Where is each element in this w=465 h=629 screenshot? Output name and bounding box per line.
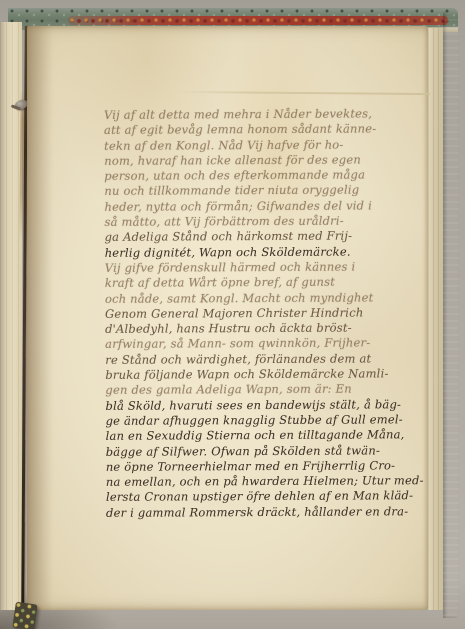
manuscript-line: arfwingar, så Mann- som qwinnkön, Frijhe… xyxy=(105,336,429,353)
cover-edge-texture xyxy=(443,12,459,618)
manuscript-line: gen des gamla Adeliga Wapn, som är: En xyxy=(105,381,429,398)
manuscript-line: kraft af detta Wårt öpne bref, af gunst xyxy=(105,274,429,291)
manuscript-line: heder, nytta och förmån; Gifwandes del v… xyxy=(104,198,428,215)
manuscript-line: d'Albedyhl, hans Hustru och äckta bröst- xyxy=(105,320,429,337)
manuscript-line: herlig dignitét, Wapn och Sköldemärcke. xyxy=(105,244,429,261)
manuscript-line: ge ändar afhuggen knagglig Stubbe af Gul… xyxy=(106,412,430,429)
manuscript-line: lersta Cronan upstiger öfre dehlen af en… xyxy=(106,489,430,506)
manuscript-line: Vij af alt detta med mehra i Nåder bevek… xyxy=(104,106,428,123)
manuscript-line: bruka följande Wapn och Sköldemärcke Nam… xyxy=(105,366,429,383)
red-marbled-band xyxy=(68,16,448,25)
manuscript-line: na emellan, och en på hwardera Hielmen; … xyxy=(106,473,430,490)
manuscript-line: blå Sköld, hvaruti sees en bandewijs stä… xyxy=(105,397,429,414)
manuscript-line: att af egit bevåg lemna honom sådant kän… xyxy=(104,121,428,138)
manuscript-line: der i gammal Rommersk dräckt, hållander … xyxy=(106,504,430,521)
page-edge-lines xyxy=(428,28,443,610)
manuscript-line: nu och tillkommande tider niuta oryggeli… xyxy=(104,183,428,200)
manuscript-line: bägge af Silfwer. Ofwan på Skölden stå t… xyxy=(106,443,430,460)
manuscript-line: så måtto, att Vij förbättrom des uråldri… xyxy=(104,213,428,230)
manuscript-line: Genom General Majoren Christer Hindrich xyxy=(105,305,429,322)
manuscript-line: person, utan och des efterkommande måga xyxy=(104,167,428,184)
manuscript-line: tekn af den Kongl. Nåd Vij hafve för ho- xyxy=(104,137,428,154)
manuscript-line: re Stånd och wärdighet, förlänandes dem … xyxy=(105,351,429,368)
scanned-book-photo: Vij af alt detta med mehra i Nåder bevek… xyxy=(0,0,465,629)
manuscript-line: och nåde, samt Kongl. Macht och myndighe… xyxy=(105,290,429,307)
manuscript-line: ga Adeliga Stånd och härkomst med Frij- xyxy=(105,229,429,246)
gutter-shading xyxy=(27,26,53,610)
handwritten-text-block: Vij af alt detta med mehra i Nåder bevek… xyxy=(104,106,430,521)
manuscript-line: ne öpne Torneerhielmar med en Frijherrli… xyxy=(106,458,430,475)
right-page-stack-edge xyxy=(428,28,443,610)
marble-dot-texture xyxy=(68,16,448,25)
manuscript-line: nom, hvaraf han icke allenast för des eg… xyxy=(104,152,428,169)
manuscript-line: Vij gifve fördenskull härmed och kännes … xyxy=(105,259,429,276)
manuscript-line: lan en Sexuddig Stierna och en tilltagan… xyxy=(106,427,430,444)
manuscript-page: Vij af alt detta med mehra i Nåder bevek… xyxy=(27,26,428,610)
speckled-endband xyxy=(12,602,37,629)
right-cover-edge xyxy=(443,12,459,618)
underlying-page-edge xyxy=(177,91,430,95)
